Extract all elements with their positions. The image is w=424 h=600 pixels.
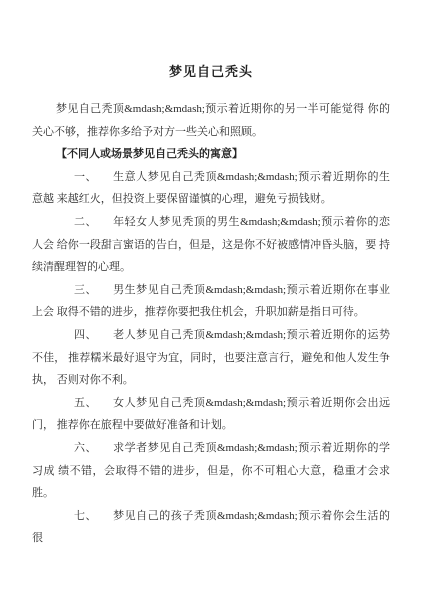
document-page: 梦见自己秃头 梦见自己秃顶&mdash;&mdash;预示着近期你的另一半可能觉…: [0, 0, 424, 600]
item-number: 六、: [74, 442, 97, 454]
list-item: 二、年轻女人梦见秃顶的男生&mdash;&mdash;预示着你的恋人会 给你一段…: [32, 211, 390, 279]
item-number: 四、: [74, 329, 97, 341]
item-number: 三、: [74, 284, 97, 296]
list-item: 七、梦见自己的孩子秃顶&mdash;&mdash;预示着你会生活的很: [32, 505, 390, 550]
section-heading: 【不同人或场景梦见自己秃头的寓意】: [32, 143, 390, 166]
list-item: 四、老人梦见自己秃顶&mdash;&mdash;预示着近期你的运势不佳， 推荐糯…: [32, 324, 390, 392]
document-title: 梦见自己秃头: [32, 63, 390, 81]
item-number: 一、: [74, 171, 97, 183]
list-item: 五、女人梦见自己秃顶&mdash;&mdash;预示着近期你会出远门， 推荐你在…: [32, 392, 390, 437]
list-item: 一、生意人梦见自己秃顶&mdash;&mdash;预示着近期你的生意越 来越红火…: [32, 166, 390, 211]
item-number: 五、: [74, 397, 97, 409]
list-item: 六、求学者梦见自己秃顶&mdash;&mdash;预示着近期你的学习成 绩不错，…: [32, 437, 390, 505]
item-number: 二、: [74, 216, 97, 228]
list-item: 三、男生梦见自己秃顶&mdash;&mdash;预示着近期你在事业上会 取得不错…: [32, 279, 390, 324]
item-number: 七、: [74, 510, 97, 522]
intro-paragraph: 梦见自己秃顶&mdash;&mdash;预示着近期你的另一半可能觉得 你的关心不…: [32, 98, 390, 143]
